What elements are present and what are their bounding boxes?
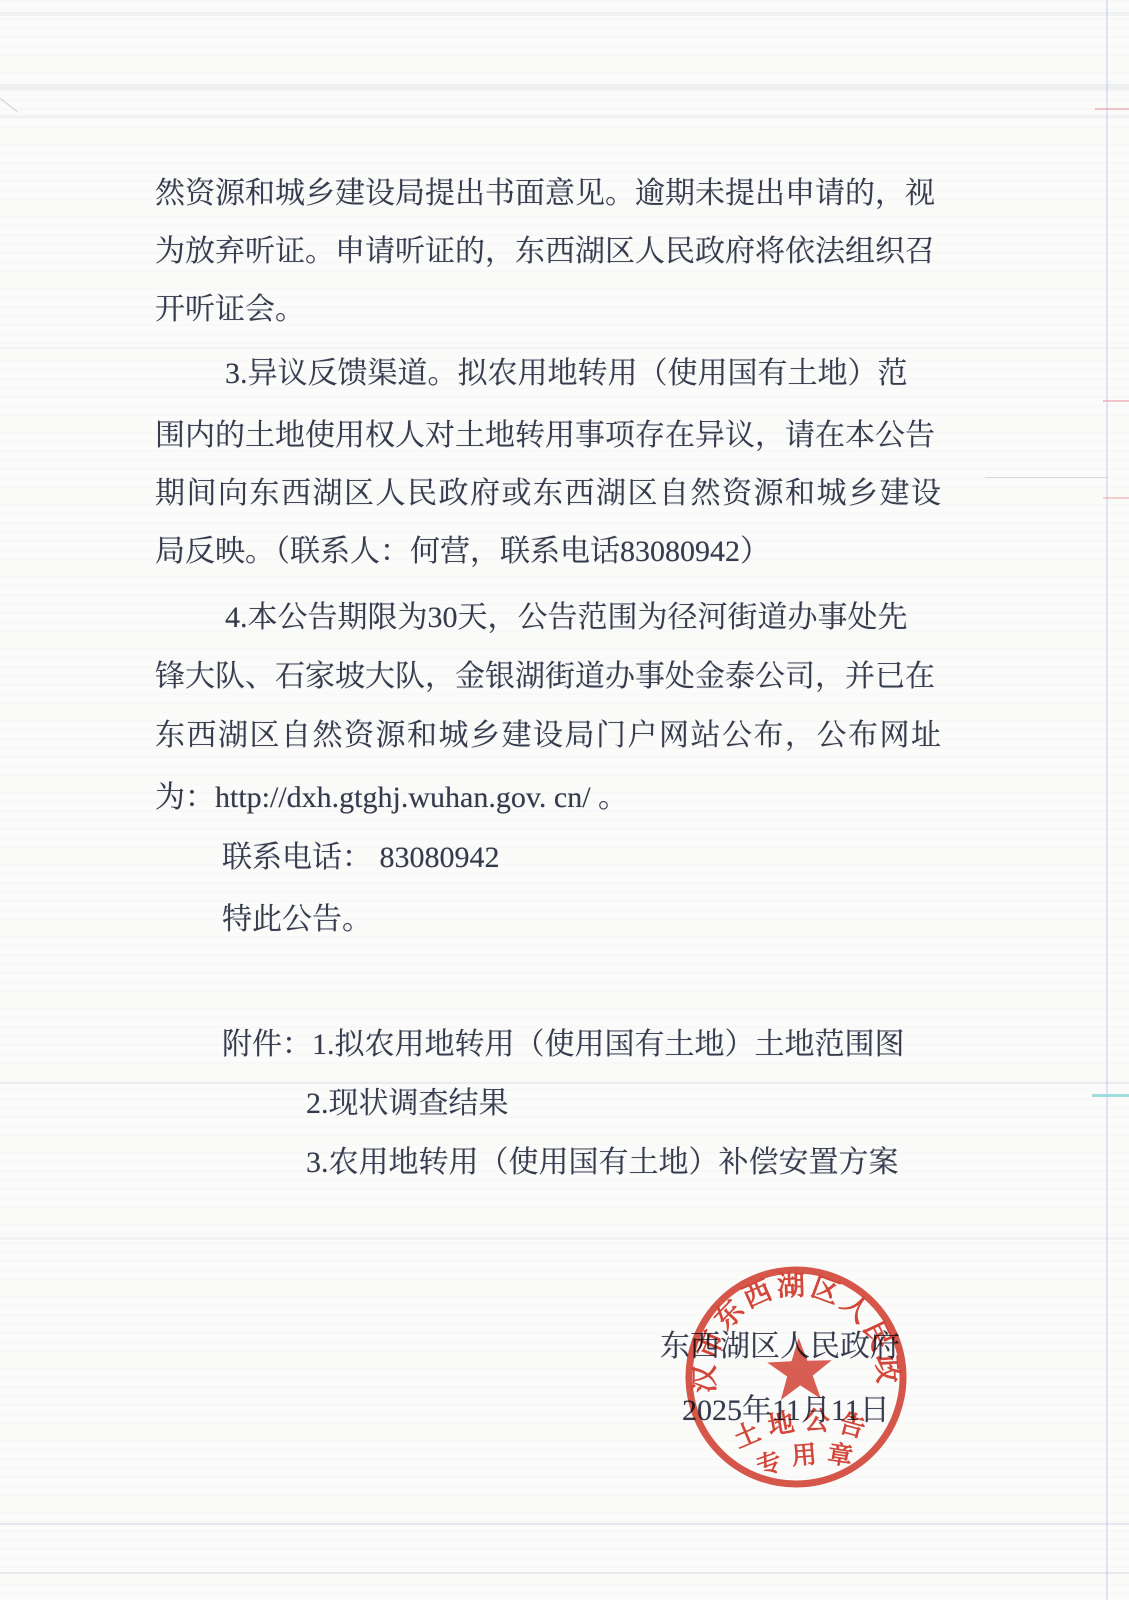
attachments-label: 附件：	[222, 1028, 312, 1061]
attachment-item-1: 1.拟农用地转用（使用国有土地）土地范围图	[312, 1028, 905, 1061]
scan-band	[0, 84, 1129, 90]
body-text-line: 3.异议反馈渠道。拟农用地转用（使用国有土地）范	[225, 357, 908, 391]
scan-mark-pink	[1103, 400, 1129, 402]
body-text-line: 开听证会。	[155, 293, 305, 327]
scan-mark-pink	[1095, 108, 1129, 110]
svg-text:专用章: 专用章	[752, 1438, 865, 1482]
scan-mark-diagonal	[0, 97, 18, 113]
scan-band	[0, 12, 1129, 16]
attachments-line: 附件：1.拟农用地转用（使用国有土地）土地范围图	[222, 1028, 905, 1062]
scan-band	[0, 1523, 1129, 1525]
seal-star-icon	[766, 1337, 833, 1401]
scan-band	[0, 115, 1129, 118]
scan-band	[0, 347, 1129, 349]
scan-vertical-line	[1106, 0, 1108, 1600]
official-seal: 武汉市东西湖区人民政府 土地公告 专用章	[670, 1251, 922, 1503]
seal-caption-line2: 专用章	[752, 1438, 865, 1482]
attachment-item-2: 2.现状调查结果	[306, 1087, 509, 1121]
body-text-line: 然资源和城乡建设局提出书面意见。逾期未提出申请的，视	[155, 177, 935, 211]
body-text-line: 围内的土地使用权人对土地转用事项存在异议，请在本公告	[155, 419, 935, 453]
scan-mark-gray	[985, 477, 1107, 478]
scan-band	[0, 1082, 1129, 1084]
body-text-line: 东西湖区自然资源和城乡建设局门户网站公布，公布网址	[155, 719, 943, 753]
body-text-line: 局反映。（联系人：何营，联系电话83080942）	[155, 535, 770, 569]
scan-band	[0, 1237, 1129, 1240]
contact-phone-line: 联系电话： 83080942	[222, 841, 500, 875]
scan-mark-teal	[1092, 1094, 1129, 1097]
body-text-line: 为：http://dxh.gtghj.wuhan.gov. cn/ 。	[155, 781, 628, 815]
scan-band	[0, 1572, 1129, 1574]
body-text-line: 4.本公告期限为30天，公告范围为径河街道办事处先	[225, 601, 908, 635]
body-text-line: 锋大队、石家坡大队，金银湖街道办事处金泰公司，并已在	[155, 660, 935, 694]
body-text-line: 为放弃听证。申请听证的，东西湖区人民政府将依法组织召	[155, 235, 935, 269]
document-page: 然资源和城乡建设局提出书面意见。逾期未提出申请的，视 为放弃听证。申请听证的，东…	[0, 0, 1129, 1600]
closing-line: 特此公告。	[222, 903, 372, 937]
body-text-line: 期间向东西湖区人民政府或东西湖区自然资源和城乡建设	[155, 477, 943, 511]
scan-mark-pink	[1103, 497, 1129, 499]
attachment-item-3: 3.农用地转用（使用国有土地）补偿安置方案	[306, 1146, 899, 1180]
